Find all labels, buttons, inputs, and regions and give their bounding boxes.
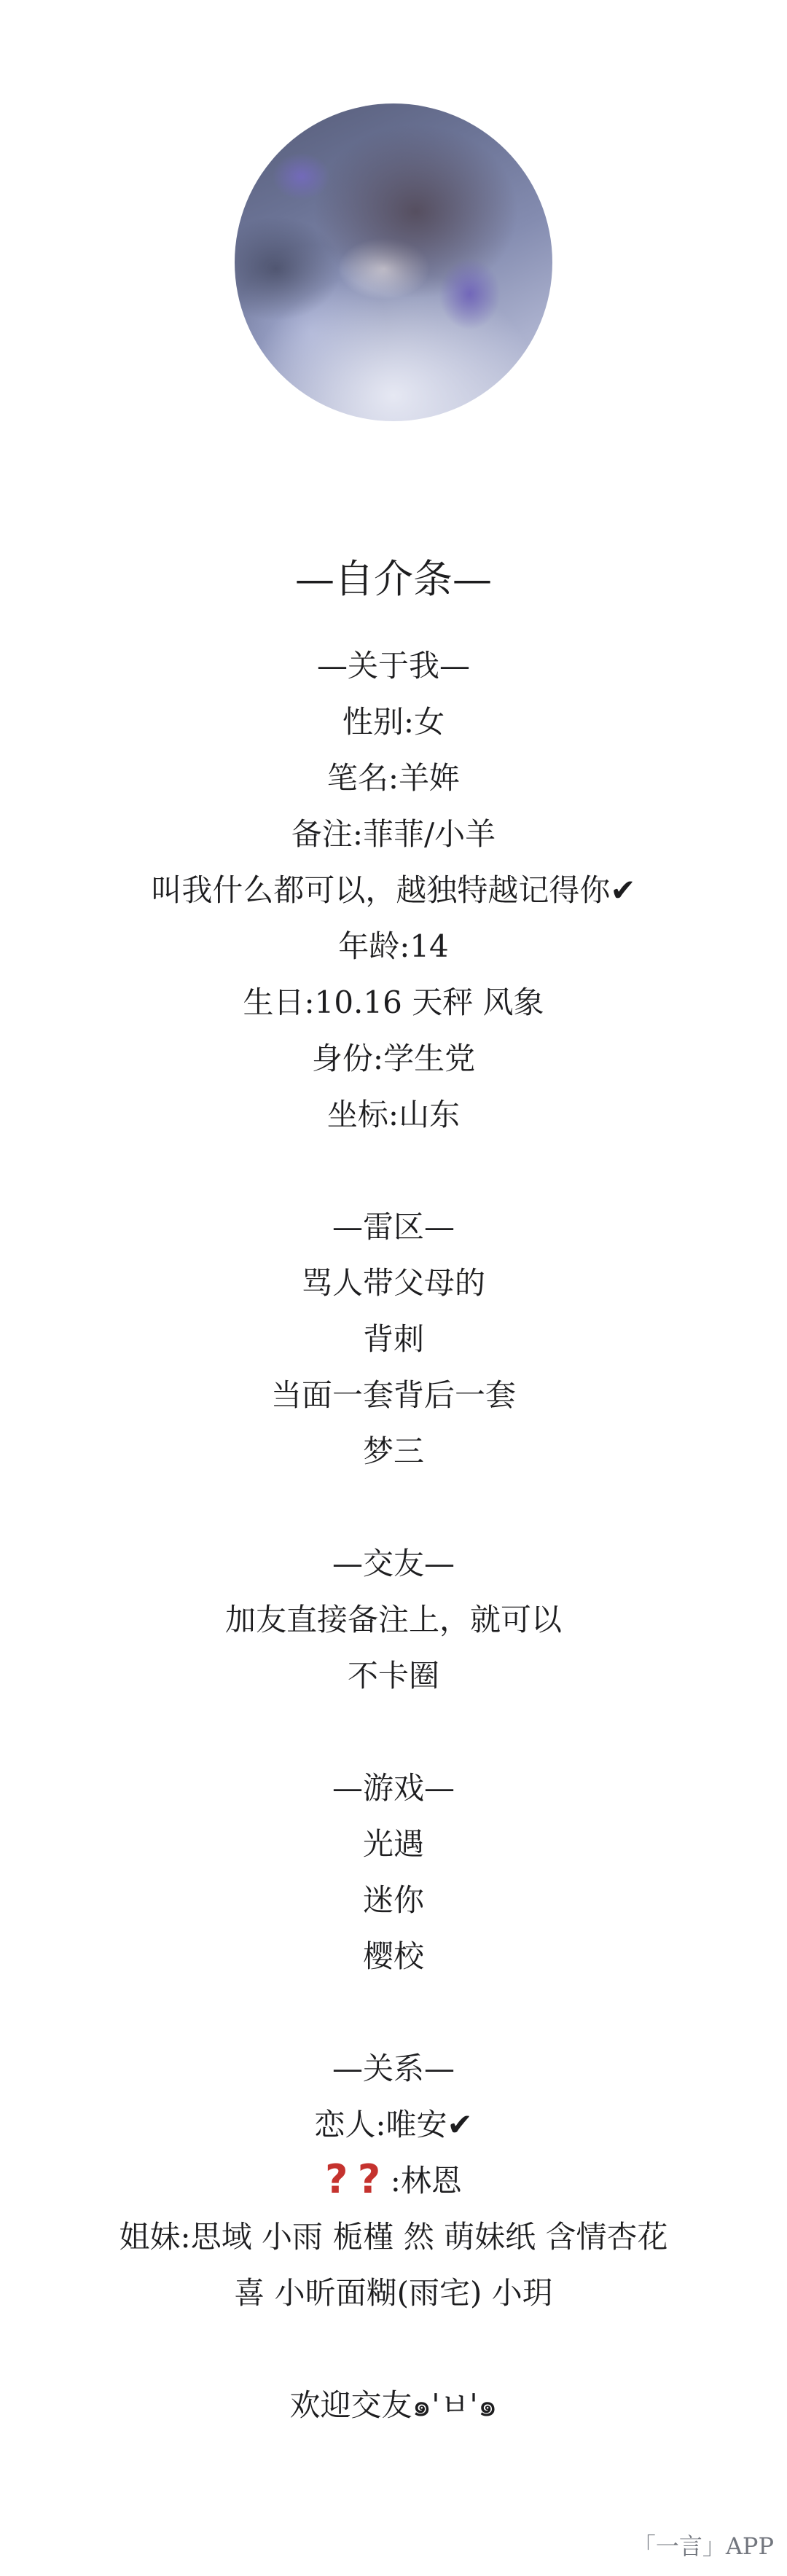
- page-title: —自介条—: [0, 549, 787, 610]
- section-friending: —交友— 加友直接备注上，就可以 不卡圈: [0, 1535, 787, 1704]
- no-circle-limit-line: 不卡圈: [0, 1648, 787, 1704]
- location-line: 坐标:山东: [0, 1087, 787, 1143]
- crush-line: ??:林恩: [0, 2153, 787, 2209]
- sisters-line: 姐妹:思域 小雨 栀槿 然 萌妹纸 含情杏花: [0, 2209, 787, 2265]
- sakura-school-game-line: 樱校: [0, 1928, 787, 1984]
- note-line: 备注:菲菲/小羊: [0, 806, 787, 862]
- section-relations: —关系— 恋人:唯安✔ ??:林恩 姐妹:思域 小雨 栀槿 然 萌妹纸 含情杏花…: [0, 2040, 787, 2321]
- call-me-anything-line: 叫我什么都可以，越独特越记得你✔: [0, 862, 787, 918]
- lover-line: 恋人:唯安✔: [0, 2097, 787, 2153]
- crush-name: :林恩: [391, 2166, 462, 2196]
- section-about: —关于我— 性别:女 笔名:羊姩 备注:菲菲/小羊 叫我什么都可以，越独特越记得…: [0, 638, 787, 1143]
- age-line: 年龄:14: [0, 918, 787, 974]
- mini-world-game-line: 迷你: [0, 1872, 787, 1928]
- insult-with-parents-line: 骂人带父母的: [0, 1255, 787, 1311]
- yiyan-app-watermark: 「一言」APP: [633, 2528, 774, 2561]
- section-about-header: —关于我—: [0, 638, 787, 694]
- section-games: —游戏— 光遇 迷你 樱校: [0, 1760, 787, 1984]
- birthday-line: 生日:10.16 天秤 风象: [0, 974, 787, 1030]
- section-relations-header: —关系—: [0, 2040, 787, 2097]
- section-friending-header: —交友—: [0, 1535, 787, 1592]
- avatar: [235, 103, 552, 421]
- section-landmines-header: —雷区—: [0, 1199, 787, 1255]
- self-intro-card: —自介条— —关于我— 性别:女 笔名:羊姩 备注:菲菲/小羊 叫我什么都可以，…: [0, 0, 787, 2576]
- section-landmines: —雷区— 骂人带父母的 背刺 当面一套背后一套 梦三: [0, 1199, 787, 1479]
- welcome-friends-line: 欢迎交友๑'ㅂ'๑: [0, 2377, 787, 2433]
- section-games-header: —游戏—: [0, 1760, 787, 1816]
- red-question-marks-icon: ??: [325, 2160, 391, 2199]
- dream-three-line: 梦三: [0, 1423, 787, 1479]
- gender-line: 性别:女: [0, 694, 787, 750]
- add-friend-note-line: 加友直接备注上，就可以: [0, 1592, 787, 1648]
- pen-name-line: 笔名:羊姩: [0, 750, 787, 806]
- two-faced-line: 当面一套背后一套: [0, 1367, 787, 1423]
- likes-line: 喜 小昕面糊(雨宅) 小玥: [0, 2265, 787, 2321]
- identity-line: 身份:学生党: [0, 1030, 787, 1087]
- sky-game-line: 光遇: [0, 1816, 787, 1872]
- backstab-line: 背刺: [0, 1311, 787, 1367]
